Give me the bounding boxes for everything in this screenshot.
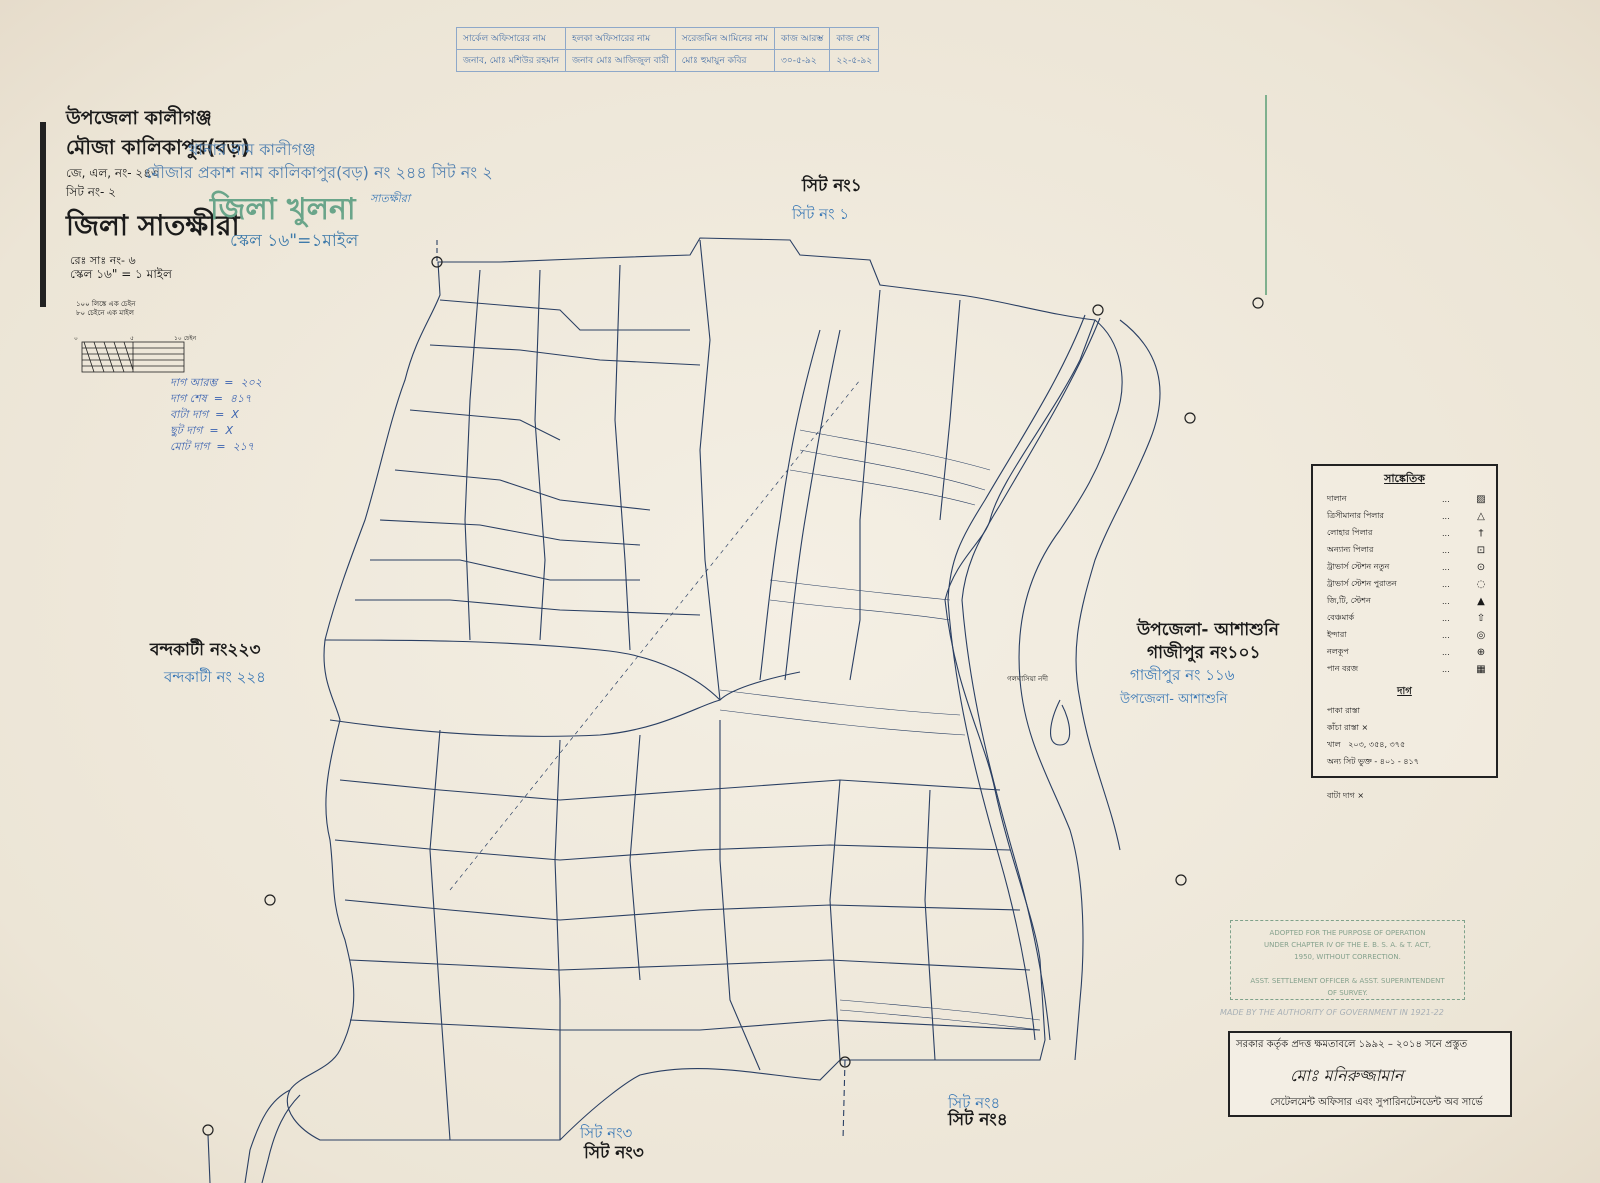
adjacent-west: বন্দকাটী নং২২৩	[150, 637, 261, 665]
officer-title: সেটেলমেন্ট অফিসার এবং সুপারিনটেনডেন্ট অব…	[1270, 1095, 1483, 1112]
signature: মোঃ মনিরুজ্জামান	[1290, 1063, 1403, 1090]
adjacent-east-upazila-old: উপজেলা- আশাশুনি	[1120, 690, 1227, 711]
traverse-station-new-icon: ⊙	[1472, 562, 1490, 573]
trijunction-pillar-icon: △	[1472, 511, 1490, 522]
iron-pillar-icon: †	[1472, 528, 1490, 539]
adjacent-east-mouza-old: গাজীপুর নং ১১৬	[1130, 664, 1235, 689]
legend-dag-item	[1313, 773, 1496, 790]
legend-item: ট্রাভার্স স্টেশন পুরাতন...◌	[1313, 576, 1496, 593]
legend-dag-item: বাটা দাগ ×	[1313, 790, 1496, 807]
legend-dag-item: কাঁচা রাস্তা ×	[1313, 722, 1496, 739]
river-label: গলঘাসিয়া নদী	[1007, 673, 1048, 685]
authority-note: MADE BY THE AUTHORITY OF GOVERNMENT IN 1…	[1220, 1008, 1444, 1017]
sheet-label-north: সিট নং১	[802, 173, 862, 201]
gt-station-icon: ▲	[1472, 596, 1490, 607]
prepared-note: সরকার কর্তৃক প্রদত্ত ক্ষমতাবলে ১৯৯২ – ২০…	[1236, 1037, 1467, 1054]
map-sheet: সার্কেল অফিসারের নাম হলকা অফিসারের নাম স…	[0, 0, 1600, 1183]
legend-item: জি,টি, স্টেশন...▲	[1313, 593, 1496, 610]
legend-dag-item: অন্য সিট ভুক্ত - ৪০১ - ৪১৭	[1313, 756, 1496, 773]
map-legend: সাঙ্কেতিক দালান...▨ ত্রিসীমানার পিলার...…	[1311, 464, 1498, 778]
betel-garden-icon: ▦	[1472, 664, 1490, 675]
legend-item: ইন্দারা...◎	[1313, 627, 1496, 644]
well-icon: ◎	[1472, 630, 1490, 641]
sheet-label-south: সিট নং৩	[584, 1140, 644, 1168]
settlement-signature-box: সরকার কর্তৃক প্রদত্ত ক্ষমতাবলে ১৯৯২ – ২০…	[1228, 1031, 1512, 1117]
sheet-label-southeast: সিট নং৪	[948, 1107, 1008, 1135]
adoption-stamp: ADOPTED FOR THE PURPOSE OF OPERATION UND…	[1230, 920, 1465, 1000]
legend-item: অন্যান্য পিলার...⊡	[1313, 542, 1496, 559]
sheet-label-north-old: সিট নং ১	[792, 203, 849, 228]
adjacent-west-old: বন্দকাটী নং ২২৪	[164, 666, 266, 691]
building-icon: ▨	[1472, 494, 1490, 505]
legend-item: পান বরজ...▦	[1313, 661, 1496, 678]
legend-dag-item: খাল ২০৩, ৩৫৪, ৩৭৫	[1313, 739, 1496, 756]
other-pillar-icon: ⊡	[1472, 545, 1490, 556]
legend-title: সাঙ্কেতিক	[1313, 470, 1496, 489]
legend-dag-title: দাগ	[1313, 684, 1496, 701]
benchmark-icon: ⇧	[1472, 613, 1490, 624]
legend-item: ট্রাভার্স স্টেশন নতুন...⊙	[1313, 559, 1496, 576]
traverse-station-old-icon: ◌	[1472, 579, 1490, 590]
tubewell-icon: ⊕	[1472, 647, 1490, 658]
legend-dag-item: পাকা রাস্তা	[1313, 705, 1496, 722]
legend-item: দালান...▨	[1313, 491, 1496, 508]
legend-item: বেঞ্চমার্ক...⇧	[1313, 610, 1496, 627]
legend-item: নলকূপ...⊕	[1313, 644, 1496, 661]
legend-item: ত্রিসীমানার পিলার...△	[1313, 508, 1496, 525]
legend-item: লোহার পিলার...†	[1313, 525, 1496, 542]
